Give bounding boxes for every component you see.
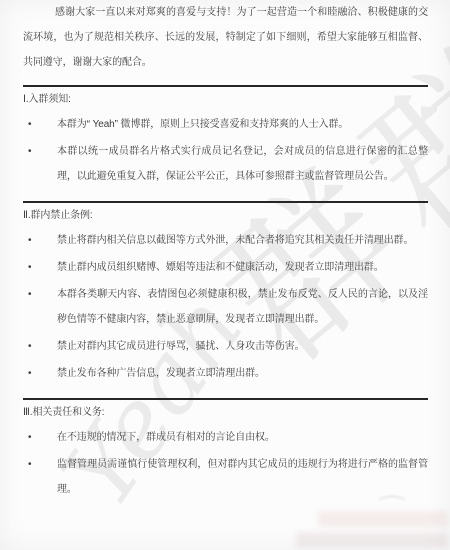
section-1-heading: Ⅰ.入群须知: xyxy=(23,87,428,112)
list-item: • 监督管理员需谨慎行使管理权利，但对群内其它成员的违规行为将进行严格的监督管理… xyxy=(23,452,428,502)
bullet-icon: • xyxy=(23,361,57,386)
bullet-icon: • xyxy=(23,255,57,280)
list-item: • 禁止发布各种广告信息，发现者立即清理出群。 xyxy=(23,361,428,386)
list-item-text: 本群为“ Yeah” 微博群，原则上只接受喜爱和支持郑爽的人士入群。 xyxy=(57,112,428,137)
list-item-text: 禁止群内成员组织赌博、嫖娼等违法和不健康活动，发现者立即清理出群。 xyxy=(57,255,428,280)
document-page: 群 群 Yeah 感谢大家一直以来对郑爽的喜爱与支持！为了一起营造一个和睦融洽、… xyxy=(0,0,450,550)
list-item-text: 禁止发布各种广告信息，发现者立即清理出群。 xyxy=(57,361,428,386)
list-item: • 本群以统一成员群名片格式实行成员记名登记，会对成员的信息进行保密的汇总整理，… xyxy=(23,139,428,189)
list-item-text: 监督管理员需谨慎行使管理权利，但对群内其它成员的违规行为将进行严格的监督管理。 xyxy=(57,452,428,502)
bullet-icon: • xyxy=(23,112,57,137)
list-item: • 禁止群内成员组织赌博、嫖娼等违法和不健康活动，发现者立即清理出群。 xyxy=(23,255,428,280)
section-3-list: • 在不违规的情况下，群成员有相对的言论自由权。 • 监督管理员需谨慎行使管理权… xyxy=(23,425,428,502)
list-item-text: 禁止将群内相关信息以截图等方式外泄，未配合者将追究其相关责任并清理出群。 xyxy=(57,228,428,253)
list-item: • 在不违规的情况下，群成员有相对的言论自由权。 xyxy=(23,425,428,450)
intro-paragraph: 感谢大家一直以来对郑爽的喜爱与支持！为了一起营造一个和睦融洽、积极健康的交流环境… xyxy=(23,0,428,75)
document-body: 感谢大家一直以来对郑爽的喜爱与支持！为了一起营造一个和睦融洽、积极健康的交流环境… xyxy=(23,0,428,502)
blurred-patch xyxy=(318,511,448,527)
list-item: • 本群为“ Yeah” 微博群，原则上只接受喜爱和支持郑爽的人士入群。 xyxy=(23,112,428,137)
bullet-icon: • xyxy=(23,228,57,253)
list-item-text: 本群各类聊天内容、表情图包必须健康积极，禁止发布反党、反人民的言论，以及淫秽色情… xyxy=(57,282,428,332)
section-2-heading: Ⅱ.群内禁止条例: xyxy=(23,203,428,228)
blurred-patch xyxy=(296,532,448,548)
bullet-icon: • xyxy=(23,282,57,332)
bullet-icon: • xyxy=(23,452,57,502)
section-3-heading: Ⅲ.相关责任和义务: xyxy=(23,400,428,425)
section-1-list: • 本群为“ Yeah” 微博群，原则上只接受喜爱和支持郑爽的人士入群。 • 本… xyxy=(23,112,428,189)
list-item: • 禁止将群内相关信息以截图等方式外泄，未配合者将追究其相关责任并清理出群。 xyxy=(23,228,428,253)
section-2-list: • 禁止将群内相关信息以截图等方式外泄，未配合者将追究其相关责任并清理出群。 •… xyxy=(23,228,428,386)
bullet-icon: • xyxy=(23,334,57,359)
list-item-text: 禁止对群内其它成员进行辱骂，骚扰、人身攻击等伤害。 xyxy=(57,334,428,359)
bullet-icon: • xyxy=(23,139,57,189)
bullet-icon: • xyxy=(23,425,57,450)
list-item-text: 本群以统一成员群名片格式实行成员记名登记，会对成员的信息进行保密的汇总整理，以此… xyxy=(57,139,428,189)
list-item-text: 在不违规的情况下，群成员有相对的言论自由权。 xyxy=(57,425,428,450)
list-item: • 禁止对群内其它成员进行辱骂，骚扰、人身攻击等伤害。 xyxy=(23,334,428,359)
list-item: • 本群各类聊天内容、表情图包必须健康积极，禁止发布反党、反人民的言论，以及淫秽… xyxy=(23,282,428,332)
